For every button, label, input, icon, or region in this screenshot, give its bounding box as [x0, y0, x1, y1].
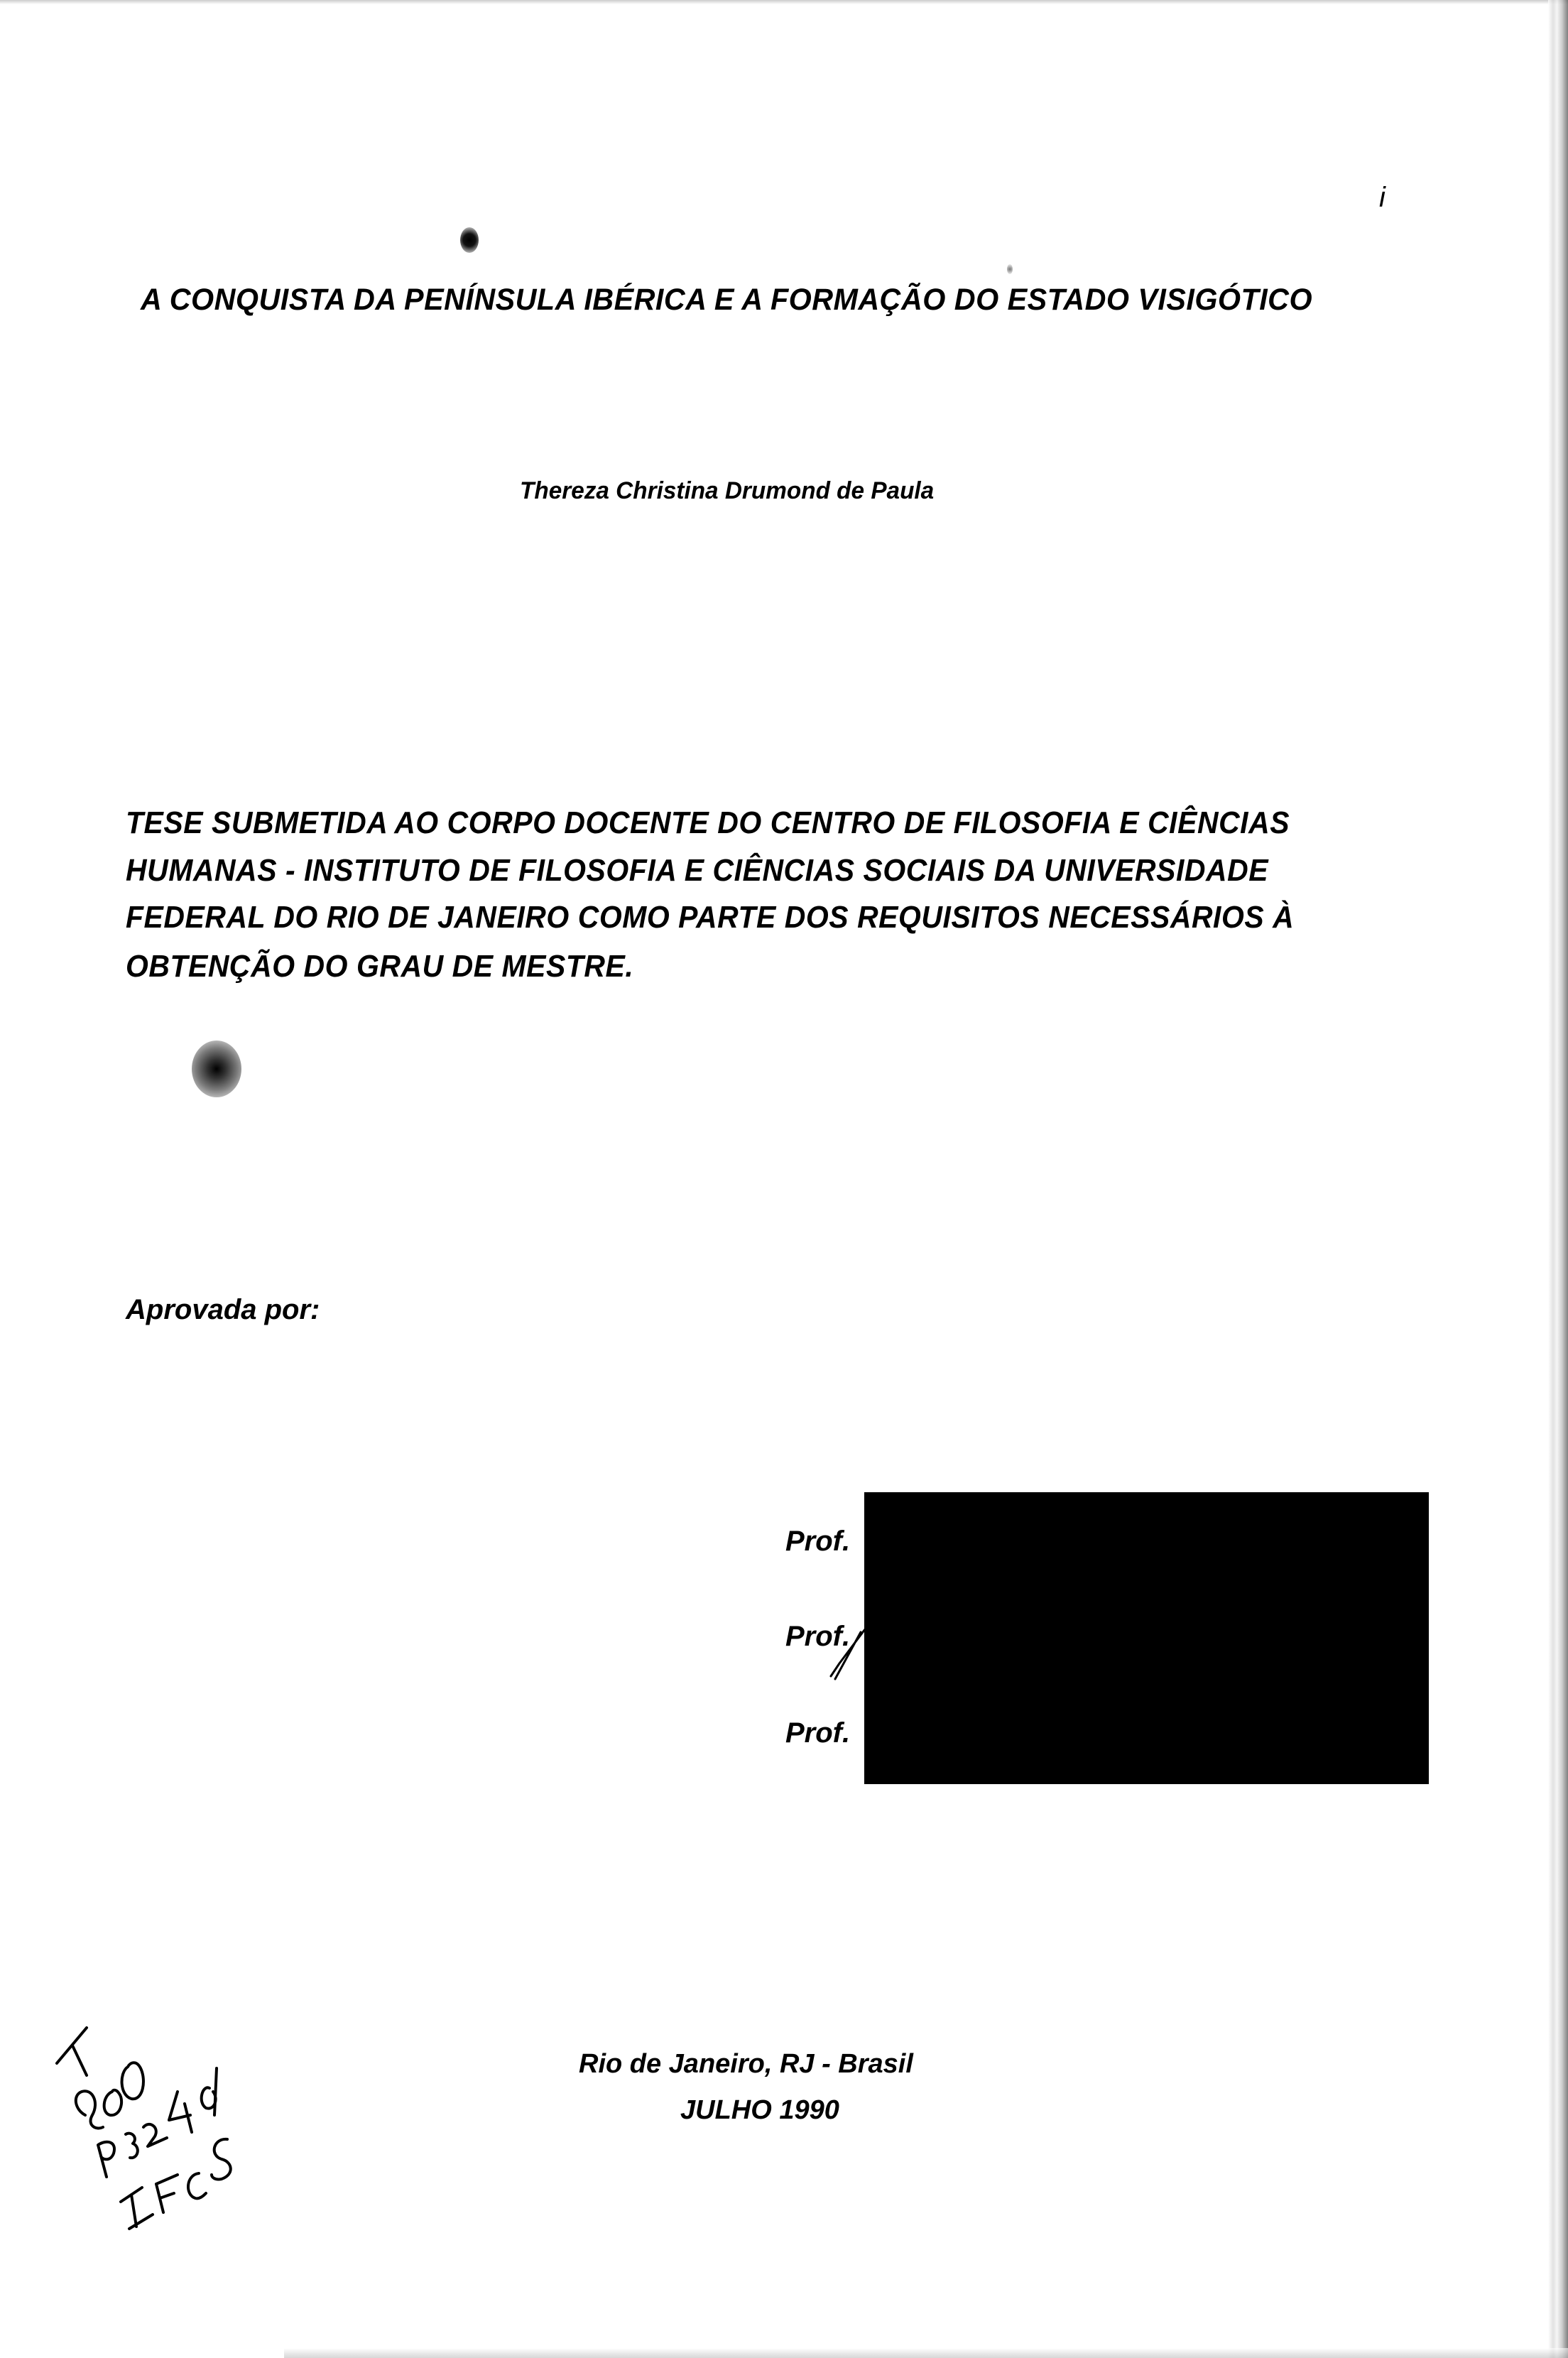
thesis-title-page: i A CONQUISTA DA PENÍNSULA IBÉRICA E A F… [0, 0, 1568, 2358]
redacted-examiner-names [864, 1492, 1429, 1784]
ink-spot [1007, 264, 1013, 274]
date: JULHO 1990 [680, 2095, 839, 2126]
description-line: TESE SUBMETIDA AO CORPO DOCENTE DO CENTR… [126, 805, 1290, 841]
examiner-prefix: Prof. [785, 1717, 850, 1749]
thesis-title: A CONQUISTA DA PENÍNSULA IBÉRICA E A FOR… [141, 283, 1312, 317]
description-line: FEDERAL DO RIO DE JANEIRO COMO PARTE DOS… [126, 900, 1294, 935]
author-name: Thereza Christina Drumond de Paula [520, 477, 934, 505]
scan-edge-right [1548, 0, 1568, 2358]
place: Rio de Janeiro, RJ - Brasil [579, 2049, 913, 2080]
ink-spot [460, 227, 479, 253]
scan-edge-top [0, 0, 1568, 4]
examiner-prefix: Prof. [785, 1526, 850, 1558]
page-number: i [1379, 182, 1385, 214]
scan-edge-bottom [284, 2348, 1568, 2358]
description-line: OBTENÇÃO DO GRAU DE MESTRE. [126, 949, 633, 984]
approved-by-label: Aprovada por: [126, 1294, 320, 1326]
signature-stroke-icon [781, 1626, 866, 1683]
description-line: HUMANAS - INSTITUTO DE FILOSOFIA E CIÊNC… [126, 853, 1268, 889]
handwritten-call-number [36, 1989, 284, 2237]
ink-spot [192, 1041, 241, 1097]
